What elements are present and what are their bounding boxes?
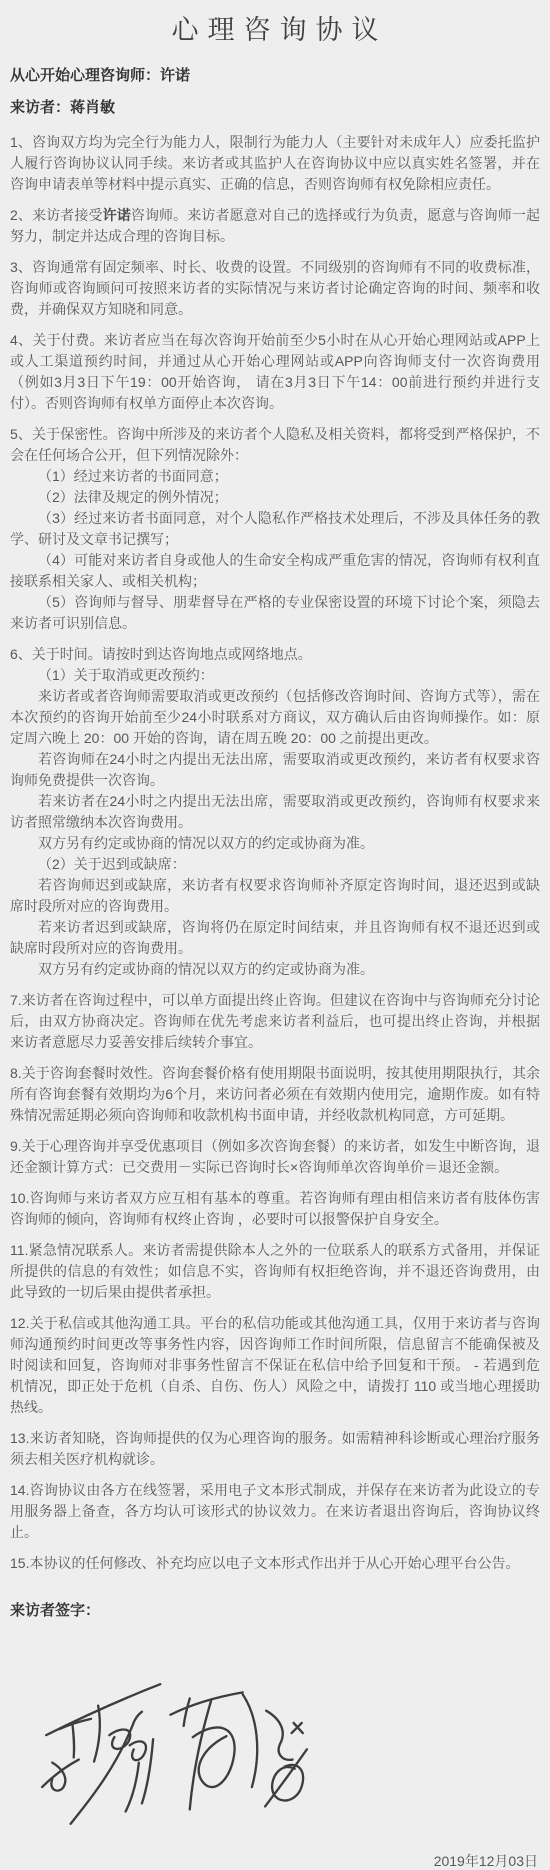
clause: 1、咨询双方均为完全行为能力人，限制行为能力人（主要针对未成年人）应委托监护人履…: [10, 132, 540, 195]
clause-text: 2、来访者接受: [10, 207, 103, 223]
clause-paragraph: 若来访者在24小时之内提出无法出席，需要取消或更改预约，咨询师有权要求来访者照常…: [10, 791, 540, 833]
agreement-page: { "colors": { "background": "#eeeeee", "…: [0, 0, 550, 1870]
clause-paragraph: （3）经过来访者书面同意，对个人隐私作严格技术处理后，不涉及具体任务的教学、研讨…: [10, 508, 540, 550]
clause-text: 14.咨询协议由各方在线签署，采用电子文本形式制成，并保存在来访者为此设立的专用…: [10, 1482, 540, 1540]
clause-text: 9.关于心理咨询并享受优惠项目（例如多次咨询套餐）的来访者，如发生中断咨询，退还…: [10, 1138, 540, 1175]
clause-text: 8.关于咨询套餐时效性。咨询套餐价格有使用期限书面说明，按其使用期限执行，其余所…: [10, 1065, 540, 1123]
clause-text: 12.关于私信或其他沟通工具。平台的私信功能或其他沟通工具，仅用于来访者与咨询师…: [10, 1315, 540, 1415]
clause-paragraph: 12.关于私信或其他沟通工具。平台的私信功能或其他沟通工具，仅用于来访者与咨询师…: [10, 1313, 540, 1418]
clause: 4、关于付费。来访者应当在每次咨询开始前至少5小时在从心开始心理网站或APP上或…: [10, 330, 540, 414]
clause: 15.本协议的任何修改、补充均应以电子文本形式作出并于从心开始心理平台公告。: [10, 1553, 540, 1574]
clause-text: 15.本协议的任何修改、补充均应以电子文本形式作出并于从心开始心理平台公告。: [10, 1555, 519, 1571]
clause-paragraph: 13.来访者知晓，咨询师提供的仅为心理咨询的服务。如需精神科诊断或心理治疗服务须…: [10, 1428, 540, 1470]
clause-text: 11.紧急情况联系人。来访者需提供除本人之外的一位联系人的联系方式备用，并保证所…: [10, 1242, 540, 1300]
clause-text: 10.咨询师与来访者双方应互相有基本的尊重。若咨询师有理由相信来访者有肢体伤害咨…: [10, 1190, 540, 1227]
page-title: 心理咨询协议: [10, 8, 540, 47]
counselor-name: 许诺: [160, 67, 190, 84]
clause-paragraph: 5、关于保密性。咨询中所涉及的来访者个人隐私及相关资料，都将受到严格保护，不会在…: [10, 424, 540, 466]
clause-text: 来访者或者咨询师需要取消或更改预约（包括修改咨询时间、咨询方式等），需在本次预约…: [10, 688, 540, 746]
clause-text: 若咨询师迟到或缺席，来访者有权要求咨询师补齐原定咨询时间，退还迟到或缺席时段所对…: [10, 877, 540, 914]
clause-paragraph: （5）咨询师与督导、朋辈督导在严格的专业保密设置的环境下讨论个案，须隐去来访者可…: [10, 592, 540, 634]
counselor-name-inline: 许诺: [103, 207, 131, 223]
clause: 11.紧急情况联系人。来访者需提供除本人之外的一位联系人的联系方式备用，并保证所…: [10, 1240, 540, 1303]
clause-text: （3）经过来访者书面同意，对个人隐私作严格技术处理后，不涉及具体任务的教学、研讨…: [10, 510, 540, 547]
visitor-name: 蒋肖敏: [70, 99, 115, 116]
clause-paragraph: 10.咨询师与来访者双方应互相有基本的尊重。若咨询师有理由相信来访者有肢体伤害咨…: [10, 1188, 540, 1230]
clause-paragraph: 14.咨询协议由各方在线签署，采用电子文本形式制成，并保存在来访者为此设立的专用…: [10, 1480, 540, 1543]
clause-text: 双方另有约定或协商的情况以双方的约定或协商为准。: [38, 835, 374, 851]
clause-paragraph: 11.紧急情况联系人。来访者需提供除本人之外的一位联系人的联系方式备用，并保证所…: [10, 1240, 540, 1303]
clause-paragraph: 双方另有约定或协商的情况以双方的约定或协商为准。: [10, 833, 540, 854]
clause: 10.咨询师与来访者双方应互相有基本的尊重。若咨询师有理由相信来访者有肢体伤害咨…: [10, 1188, 540, 1230]
clause-text: 若来访者在24小时之内提出无法出席，需要取消或更改预约，咨询师有权要求来访者照常…: [10, 793, 540, 830]
clause-paragraph: 来访者或者咨询师需要取消或更改预约（包括修改咨询时间、咨询方式等），需在本次预约…: [10, 686, 540, 749]
clause-text: （2）关于迟到或缺席：: [38, 856, 186, 872]
clause-paragraph: （1）经过来访者的书面同意；: [10, 466, 540, 487]
clause-text: 双方另有约定或协商的情况以双方的约定或协商为准。: [38, 961, 374, 977]
signature-label: 来访者签字：: [10, 1602, 540, 1620]
clause-paragraph: （2）法律及规定的例外情况；: [10, 487, 540, 508]
clause-paragraph: （4）可能对来访者自身或他人的生命安全构成严重危害的情况，咨询师有权利直接联系相…: [10, 550, 540, 592]
clause: 2、来访者接受许诺咨询师。来访者愿意对自己的选择或行为负责，愿意与咨询师一起努力…: [10, 205, 540, 247]
clauses: 1、咨询双方均为完全行为能力人，限制行为能力人（主要针对未成年人）应委托监护人履…: [10, 132, 540, 1574]
clause: 6、关于时间。请按时到达咨询地点或网络地点。（1）关于取消或更改预约：来访者或者…: [10, 644, 540, 980]
clause-paragraph: 若来访者迟到或缺席，咨询将仍在原定时间结束，并且咨询师有权不退还迟到或缺席时段所…: [10, 917, 540, 959]
clause-text: 3、咨询通常有固定频率、时长、收费的设置。不同级别的咨询师有不同的收费标准，咨询…: [10, 259, 540, 317]
counselor-line: 从心开始心理咨询师：许诺: [10, 67, 540, 84]
clause-paragraph: 7.来访者在咨询过程中，可以单方面提出终止咨询。但建议在咨询中与咨询师充分讨论后…: [10, 990, 540, 1053]
clause: 8.关于咨询套餐时效性。咨询套餐价格有使用期限书面说明，按其使用期限执行，其余所…: [10, 1063, 540, 1126]
clause: 9.关于心理咨询并享受优惠项目（例如多次咨询套餐）的来访者，如发生中断咨询，退还…: [10, 1136, 540, 1178]
clause-text: 5、关于保密性。咨询中所涉及的来访者个人隐私及相关资料，都将受到严格保护，不会在…: [10, 426, 540, 463]
clause: 14.咨询协议由各方在线签署，采用电子文本形式制成，并保存在来访者为此设立的专用…: [10, 1480, 540, 1543]
clause-paragraph: 3、咨询通常有固定频率、时长、收费的设置。不同级别的咨询师有不同的收费标准，咨询…: [10, 257, 540, 320]
visitor-label: 来访者：: [10, 99, 70, 116]
visitor-line: 来访者：蒋肖敏: [10, 99, 540, 116]
clause-paragraph: （2）关于迟到或缺席：: [10, 854, 540, 875]
clause-text: （1）经过来访者的书面同意；: [38, 468, 228, 484]
signature-drawing: [40, 1672, 310, 1840]
clause-paragraph: 6、关于时间。请按时到达咨询地点或网络地点。: [10, 644, 540, 665]
clause-text: 1、咨询双方均为完全行为能力人，限制行为能力人（主要针对未成年人）应委托监护人履…: [10, 134, 540, 192]
clause-text: （2）法律及规定的例外情况；: [38, 489, 228, 505]
clause-text: 若咨询师在24小时之内提出无法出席，需要取消或更改预约，来访者有权要求咨询师免费…: [10, 751, 540, 788]
clause-paragraph: 8.关于咨询套餐时效性。咨询套餐价格有使用期限书面说明，按其使用期限执行，其余所…: [10, 1063, 540, 1126]
clause: 3、咨询通常有固定频率、时长、收费的设置。不同级别的咨询师有不同的收费标准，咨询…: [10, 257, 540, 320]
clause-paragraph: （1）关于取消或更改预约：: [10, 665, 540, 686]
clause-paragraph: 15.本协议的任何修改、补充均应以电子文本形式作出并于从心开始心理平台公告。: [10, 1553, 540, 1574]
clause-text: （5）咨询师与督导、朋辈督导在严格的专业保密设置的环境下讨论个案，须隐去来访者可…: [10, 594, 540, 631]
clause-paragraph: 4、关于付费。来访者应当在每次咨询开始前至少5小时在从心开始心理网站或APP上或…: [10, 330, 540, 414]
clause-paragraph: 若咨询师在24小时之内提出无法出席，需要取消或更改预约，来访者有权要求咨询师免费…: [10, 749, 540, 791]
clause: 12.关于私信或其他沟通工具。平台的私信功能或其他沟通工具，仅用于来访者与咨询师…: [10, 1313, 540, 1418]
clause-paragraph: 双方另有约定或协商的情况以双方的约定或协商为准。: [10, 959, 540, 980]
clause-text: （4）可能对来访者自身或他人的生命安全构成严重危害的情况，咨询师有权利直接联系相…: [10, 552, 540, 589]
clause: 5、关于保密性。咨询中所涉及的来访者个人隐私及相关资料，都将受到严格保护，不会在…: [10, 424, 540, 634]
counselor-label: 从心开始心理咨询师：: [10, 67, 160, 84]
clause-text: 若来访者迟到或缺席，咨询将仍在原定时间结束，并且咨询师有权不退还迟到或缺席时段所…: [10, 919, 540, 956]
sign-date: 2019年12月03日: [10, 1852, 538, 1870]
clause-paragraph: 若咨询师迟到或缺席，来访者有权要求咨询师补齐原定咨询时间，退还迟到或缺席时段所对…: [10, 875, 540, 917]
clause-text: （1）关于取消或更改预约：: [38, 667, 214, 683]
clause-text: 6、关于时间。请按时到达咨询地点或网络地点。: [10, 646, 312, 662]
clause-paragraph: 2、来访者接受许诺咨询师。来访者愿意对自己的选择或行为负责，愿意与咨询师一起努力…: [10, 205, 540, 247]
clause: 13.来访者知晓，咨询师提供的仅为心理咨询的服务。如需精神科诊断或心理治疗服务须…: [10, 1428, 540, 1470]
clause-paragraph: 9.关于心理咨询并享受优惠项目（例如多次咨询套餐）的来访者，如发生中断咨询，退还…: [10, 1136, 540, 1178]
clause: 7.来访者在咨询过程中，可以单方面提出终止咨询。但建议在咨询中与咨询师充分讨论后…: [10, 990, 540, 1053]
visitor-signature: [40, 1672, 310, 1840]
clause-text: 7.来访者在咨询过程中，可以单方面提出终止咨询。但建议在咨询中与咨询师充分讨论后…: [10, 992, 540, 1050]
clause-paragraph: 1、咨询双方均为完全行为能力人，限制行为能力人（主要针对未成年人）应委托监护人履…: [10, 132, 540, 195]
clause-text: 13.来访者知晓，咨询师提供的仅为心理咨询的服务。如需精神科诊断或心理治疗服务须…: [10, 1430, 540, 1467]
clause-text: 4、关于付费。来访者应当在每次咨询开始前至少5小时在从心开始心理网站或APP上或…: [10, 332, 540, 411]
